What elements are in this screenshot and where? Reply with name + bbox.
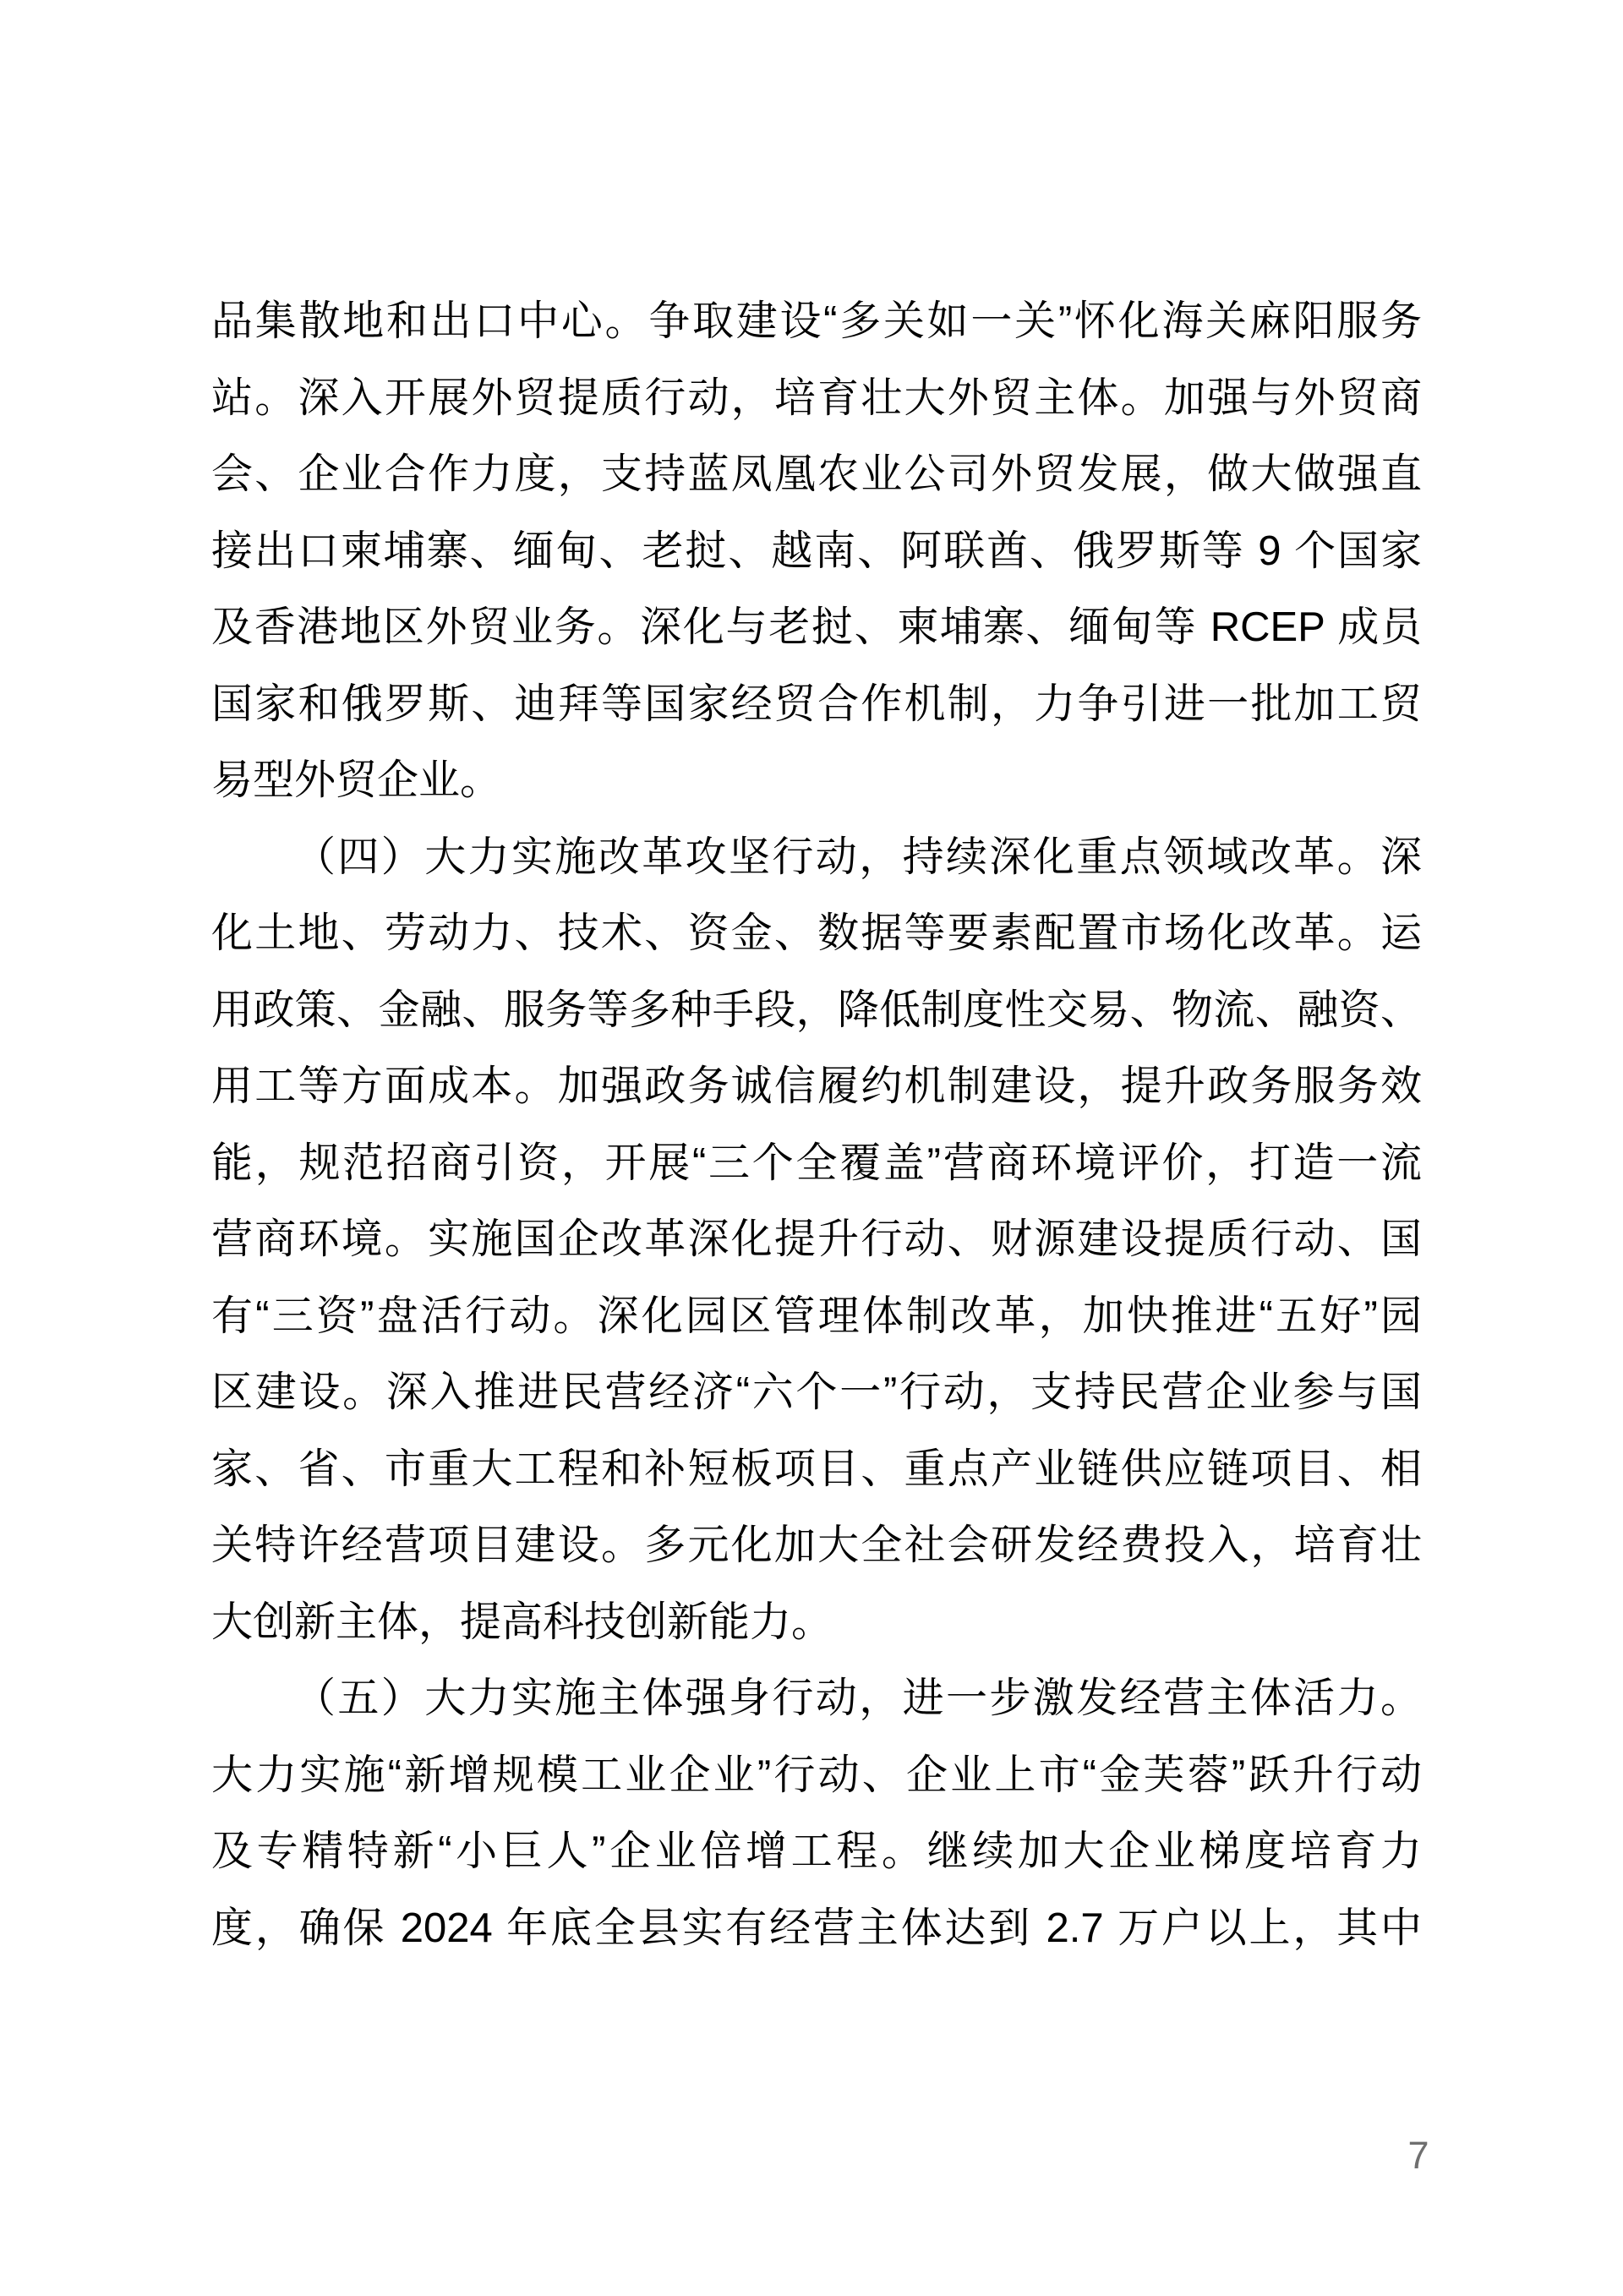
- text-line: 家、省、市重大工程和补短板项目、重点产业链供应链项目、相: [211, 1431, 1422, 1508]
- text-line: 及专精特新“小巨人”企业倍增工程。继续加大企业梯度培育力: [211, 1813, 1422, 1890]
- text-line: 度，确保 2024 年底全县实有经营主体达到 2.7 万户以上，其中: [211, 1890, 1422, 1967]
- page-number: 7: [1393, 2134, 1444, 2178]
- text-line: 能，规范招商引资，开展“三个全覆盖”营商环境评价，打造一流: [211, 1125, 1422, 1202]
- text-line: 易型外贸企业。: [211, 742, 1422, 819]
- text-line: 区建设。深入推进民营经济“六个一”行动，支持民营企业参与国: [211, 1354, 1422, 1431]
- text-line: 用政策、金融、服务等多种手段，降低制度性交易、物流、融资、: [211, 972, 1422, 1049]
- text-line: 及香港地区外贸业务。深化与老挝、柬埔寨、缅甸等 RCEP 成员: [211, 589, 1422, 666]
- text-line: 站。深入开展外贸提质行动，培育壮大外贸主体。加强与外贸商: [211, 360, 1422, 437]
- paragraph: （五）大力实施主体强身行动，进一步激发经营主体活力。大力实施“新增规模工业企业”…: [211, 1660, 1422, 1966]
- paragraph: （四）大力实施改革攻坚行动，持续深化重点领域改革。深化土地、劳动力、技术、资金、…: [211, 819, 1422, 1661]
- text-line: 化土地、劳动力、技术、资金、数据等要素配置市场化改革。运: [211, 895, 1422, 972]
- text-line: 接出口柬埔寨、缅甸、老挝、越南、阿联酋、俄罗斯等 9 个国家: [211, 513, 1422, 590]
- document-page: 品集散地和出口中心。争取建设“多关如一关”怀化海关麻阳服务站。深入开展外贸提质行…: [0, 0, 1623, 2296]
- document-body: 品集散地和出口中心。争取建设“多关如一关”怀化海关麻阳服务站。深入开展外贸提质行…: [211, 283, 1422, 1966]
- text-line: 用工等方面成本。加强政务诚信履约机制建设，提升政务服务效: [211, 1048, 1422, 1125]
- text-line: 品集散地和出口中心。争取建设“多关如一关”怀化海关麻阳服务: [211, 283, 1422, 360]
- text-line: 关特许经营项目建设。多元化加大全社会研发经费投入，培育壮: [211, 1507, 1422, 1584]
- text-line: （四）大力实施改革攻坚行动，持续深化重点领域改革。深: [211, 819, 1422, 896]
- paragraph: 品集散地和出口中心。争取建设“多关如一关”怀化海关麻阳服务站。深入开展外贸提质行…: [211, 283, 1422, 819]
- text-line: 大创新主体，提高科技创新能力。: [211, 1584, 1422, 1661]
- text-line: 有“三资”盘活行动。深化园区管理体制改革，加快推进“五好”园: [211, 1278, 1422, 1355]
- text-line: 大力实施“新增规模工业企业”行动、企业上市“金芙蓉”跃升行动: [211, 1737, 1422, 1814]
- text-line: （五）大力实施主体强身行动，进一步激发经营主体活力。: [211, 1660, 1422, 1737]
- text-line: 国家和俄罗斯、迪拜等国家经贸合作机制，力争引进一批加工贸: [211, 666, 1422, 743]
- text-line: 会、企业合作力度，支持蓝凤凰农业公司外贸发展，做大做强直: [211, 436, 1422, 513]
- text-line: 营商环境。实施国企改革深化提升行动、财源建设提质行动、国: [211, 1201, 1422, 1278]
